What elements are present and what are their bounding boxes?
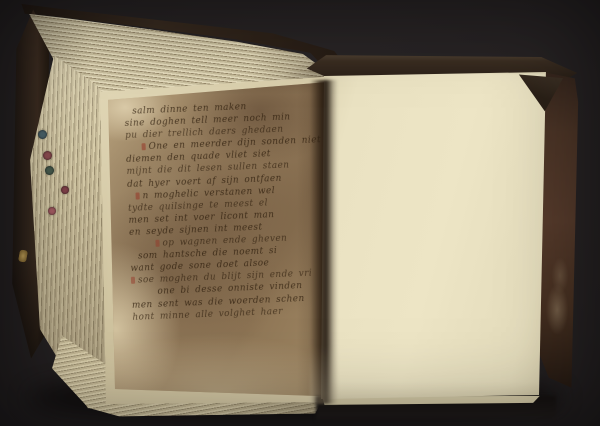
edge-marker-red: [43, 151, 52, 160]
edge-marker-green: [45, 166, 54, 175]
gutter-shadow: [310, 80, 338, 404]
rubric-mark: [131, 277, 135, 284]
edge-marker-crimson: [48, 207, 56, 215]
manuscript-photo: salm dinne ten maken sine doghen tell me…: [0, 0, 600, 426]
rubric-mark: [155, 240, 159, 247]
rubric-mark: [142, 143, 146, 150]
manuscript-text: salm dinne ten maken sine doghen tell me…: [124, 98, 333, 346]
rubric-mark: [135, 192, 139, 199]
edge-marker-teal: [38, 130, 47, 139]
blank-right-page: [318, 68, 548, 402]
edge-marker-maroon: [61, 186, 69, 194]
